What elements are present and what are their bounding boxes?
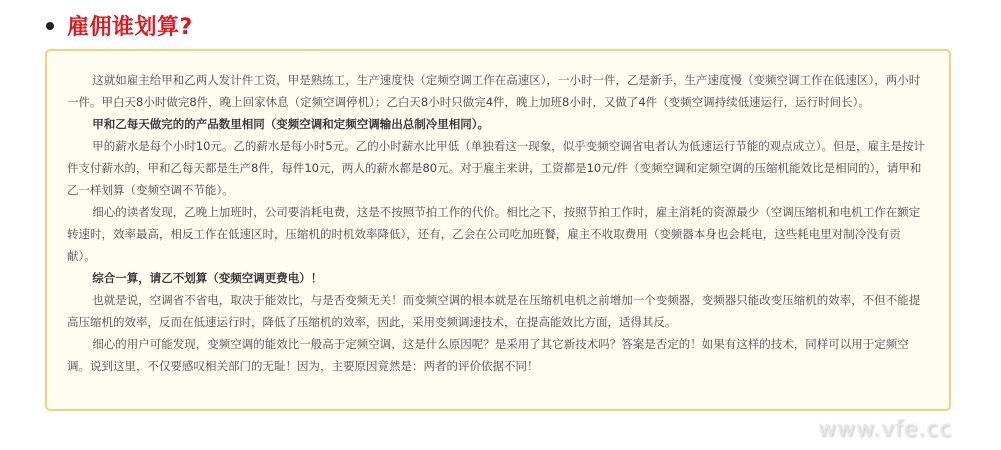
- paragraph-emphasis-conclusion: 综合一算，请乙不划算（变频空调更费电）！: [67, 267, 929, 289]
- paragraph-emphasis-same-output: 甲和乙每天做完的的产品数里相同（变频空调和定频空调输出总制冷里相同）。: [67, 113, 929, 135]
- watermark-logo: www.vfe.cc: [818, 417, 952, 442]
- paragraph-salary: 甲的薪水是每个小时10元。乙的薪水是每小时5元。乙的小时薪水比甲低（单独看这一现…: [67, 135, 929, 201]
- paragraph-evaluation: 细心的用户可能发现，变频空调的能效比一般高于定频空调，这是什么原因呢？是采用了其…: [67, 333, 929, 377]
- paragraph-analogy: 这就如雇主给甲和乙两人发计件工资，甲是熟练工，生产速度快（定频空调工作在高速区）…: [67, 69, 929, 113]
- article-box: 这就如雇主给甲和乙两人发计件工资，甲是熟练工，生产速度快（定频空调工作在高速区）…: [45, 49, 951, 411]
- section-title: 雇佣谁划算?: [67, 10, 193, 41]
- paragraph-efficiency: 也就是说，空调省不省电，取决于能效比，与是否变频无关！而变频空调的根本就是在压缩…: [67, 289, 929, 333]
- paragraph-overtime-cost: 细心的读者发现，乙晚上加班时，公司要消耗电费，这是不按照节拍工作的代价。相比之下…: [67, 201, 929, 267]
- bullet-icon: [46, 22, 54, 30]
- section-heading: 雇佣谁划算?: [46, 8, 193, 42]
